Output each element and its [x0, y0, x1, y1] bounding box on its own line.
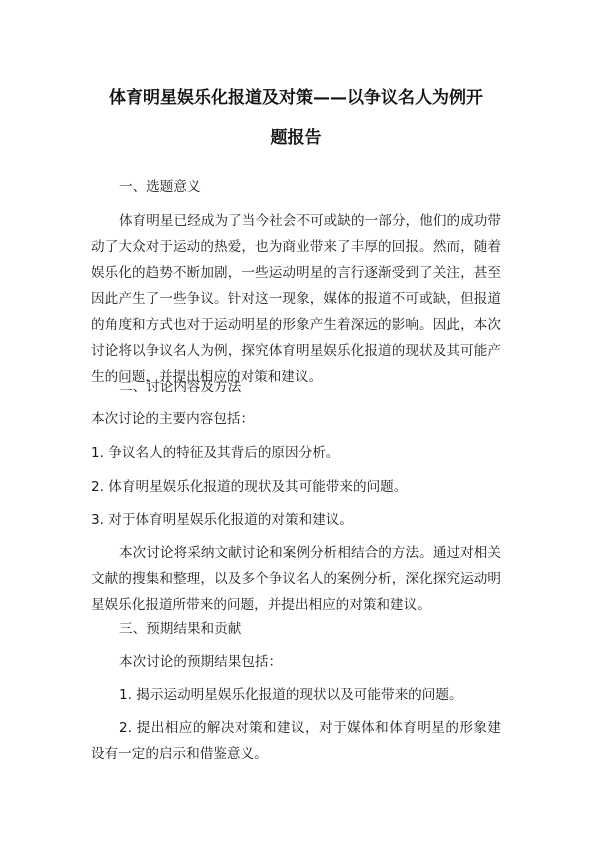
section-1-paragraph: 体育明星已经成为了当今社会不可或缺的一部分，他们的成功带动了大众对于运动的热爱，…: [91, 208, 501, 390]
section-2-item-1: 1. 争议名人的特征及其背后的原因分析。: [91, 440, 501, 466]
document-title-line-1: 体育明星娱乐化报道及对策——以争议名人为例开: [91, 86, 501, 110]
section-2-item-3: 3. 对于体育明星娱乐化报道的对策和建议。: [91, 507, 501, 533]
section-3-item-2: 2. 提出相应的解决对策和建议，对于媒体和体育明星的形象建设有一定的启示和借鉴意…: [91, 715, 501, 767]
section-3-intro: 本次讨论的预期结果包括：: [91, 649, 501, 675]
section-3-heading: 三、预期结果和贡献: [91, 616, 501, 642]
section-1-heading: 一、选题意义: [91, 174, 501, 200]
section-2-item-2: 2. 体育明星娱乐化报道的现状及其可能带来的问题。: [91, 474, 501, 500]
section-2-intro: 本次讨论的主要内容包括：: [91, 406, 501, 432]
document-title-line-2: 题报告: [91, 126, 501, 150]
section-3-item-1: 1. 揭示运动明星娱乐化报道的现状以及可能带来的问题。: [91, 682, 501, 708]
section-2-heading: 二、讨论内容及方法: [91, 374, 501, 400]
section-2-paragraph: 本次讨论将采纳文献讨论和案例分析相结合的方法。通过对相关文献的搜集和整理，以及多…: [91, 540, 501, 618]
